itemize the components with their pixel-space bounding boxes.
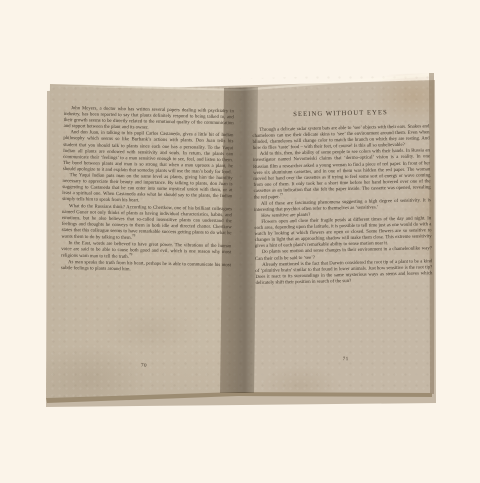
right-page-text-block: SEEING WITHOUT EYES Through a delicate r… (252, 108, 435, 377)
footnote-reference: 79 (129, 252, 132, 256)
paragraph: What do the Russians think? According to… (61, 203, 232, 243)
footnote-reference: 77 (280, 192, 283, 196)
paragraph: Flowers open and close their fragile pet… (254, 216, 432, 250)
right-page-number: 71 (257, 355, 434, 364)
left-page-number: 70 (59, 362, 229, 370)
paragraph: John Meyers, a doctor who has written se… (64, 106, 234, 134)
footnote-reference: 78 (132, 233, 135, 237)
right-page-body: Through a delicate radar system bats are… (252, 124, 432, 287)
left-page-body: John Meyers, a doctor who has written se… (61, 106, 234, 275)
book-photo: John Meyers, a doctor who has written se… (0, 0, 480, 483)
chapter-heading: SEEING WITHOUT EYES (252, 108, 429, 119)
paragraph: The Yaqui Indian puts man on the same le… (62, 173, 233, 207)
paragraph: In the East, words are believed to have … (61, 241, 231, 263)
paragraph: As man speaks the truth from his heart, … (61, 260, 231, 275)
paragraph: And don Juan, in talking to his pupil Ca… (63, 130, 234, 176)
paragraph: Already mentioned is the fact that Darwi… (255, 259, 432, 287)
left-page-text-block: John Meyers, a doctor who has written se… (59, 106, 234, 384)
paragraph: Add to this, then, the ability of some p… (253, 149, 431, 202)
paragraph: Through a delicate radar system bats are… (252, 124, 429, 152)
